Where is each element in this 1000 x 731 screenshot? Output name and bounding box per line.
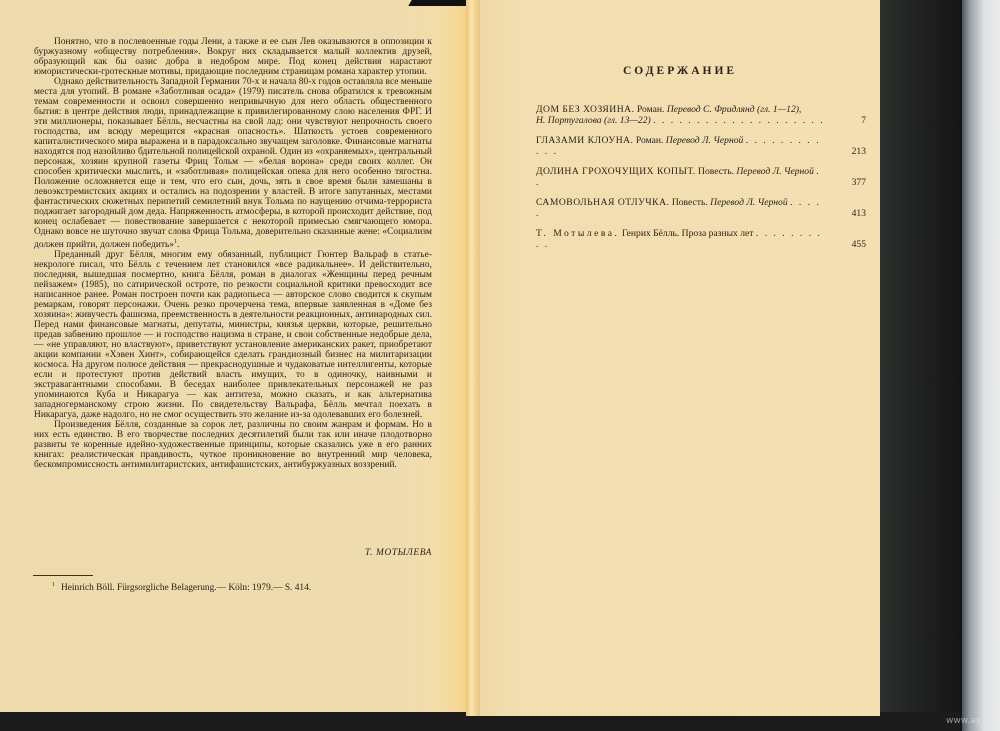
toc-page-number: 7	[836, 115, 866, 126]
toc-entry-translator: Перевод Л. Черной	[736, 166, 814, 177]
toc-entry-author: Т. Мотылева.	[536, 228, 619, 239]
toc-entry-genre: Повесть.	[672, 197, 708, 208]
book-cover-edge	[880, 0, 962, 731]
table-of-contents: ДОМ БЕЗ ХОЗЯИНА. Роман. Перевод С. Фридл…	[536, 104, 866, 259]
footnote: 1Heinrich Böll. Fürgsorgliche Belagerung…	[52, 582, 311, 593]
left-page-body: Понятно, что в послевоенные годы Лени, а…	[34, 37, 432, 470]
paragraph: Произведения Бёлля, созданные за сорок л…	[34, 420, 432, 470]
watermark: www.ay.by	[946, 716, 994, 726]
toc-title: СОДЕРЖАНИЕ	[480, 65, 880, 77]
paragraph: Понятно, что в послевоенные годы Лени, а…	[34, 37, 432, 77]
toc-entry-translator: Перевод С. Фридлянд (гл. 1—12),	[667, 104, 802, 115]
toc-entry[interactable]: ГЛАЗАМИ КЛОУНА. Роман. Перевод Л. Черной…	[536, 135, 866, 157]
toc-entry-title: ДОМ БЕЗ ХОЗЯИНА.	[536, 104, 634, 115]
cover-corner	[408, 0, 471, 6]
toc-page-number: 413	[836, 208, 866, 219]
footnote-divider	[33, 575, 93, 576]
toc-entry[interactable]: Т. Мотылева. Генрих Бёлль. Проза разных …	[536, 228, 866, 250]
toc-entry-title: ГЛАЗАМИ КЛОУНА.	[536, 135, 633, 146]
toc-page-number: 455	[836, 239, 866, 250]
toc-entry-translator: Перевод Л. Черной	[710, 197, 788, 208]
author-signature: Т. МОТЫЛЕВА	[34, 548, 432, 558]
toc-entry[interactable]: САМОВОЛЬНАЯ ОТЛУЧКА. Повесть. Перевод Л.…	[536, 197, 866, 219]
toc-entry-title: САМОВОЛЬНАЯ ОТЛУЧКА.	[536, 197, 669, 208]
toc-entry-genre: Повесть.	[698, 166, 734, 177]
paragraph: Преданный друг Бёлля, многим ему обязанн…	[34, 250, 432, 420]
toc-entry-genre: Роман.	[636, 135, 664, 146]
book-gutter	[466, 0, 480, 716]
footnote-marker: 1	[174, 239, 177, 245]
toc-entry-genre: Роман.	[637, 104, 665, 115]
toc-entry-title: Генрих Бёлль. Проза разных лет	[622, 228, 754, 239]
scanner-background	[960, 0, 1000, 731]
toc-entry-translator: Перевод Л. Черной	[666, 135, 744, 146]
toc-entry-translator-2: Н. Португалова (гл. 13—22)	[536, 115, 651, 126]
footnote-number: 1	[52, 582, 55, 588]
toc-leader-dots: . . . . . . . . . . . . . . . . . . . .	[653, 115, 825, 126]
paragraph: Однако действительность Западной Германи…	[34, 77, 432, 250]
toc-entry-title: ДОЛИНА ГРОХОЧУЩИХ КОПЫТ.	[536, 166, 696, 177]
toc-entry[interactable]: ДОМ БЕЗ ХОЗЯИНА. Роман. Перевод С. Фридл…	[536, 104, 866, 126]
toc-entry[interactable]: ДОЛИНА ГРОХОЧУЩИХ КОПЫТ. Повесть. Перево…	[536, 166, 866, 188]
toc-page-number: 213	[836, 146, 866, 157]
footnote-text: Heinrich Böll. Fürgsorgliche Belagerung.…	[61, 583, 311, 593]
toc-page-number: 377	[836, 177, 866, 188]
